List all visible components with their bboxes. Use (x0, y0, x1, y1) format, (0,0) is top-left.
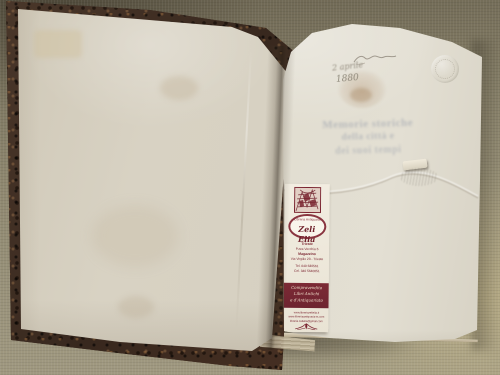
bookmark-oval-frame: Libreria Antiquaria Zeli Elia (288, 214, 326, 239)
ornament-icon (294, 323, 318, 331)
engraving-illustration-icon (293, 187, 320, 213)
label-removal-patch (34, 30, 82, 58)
bookmark-shop-type: Libreria Antiquaria (289, 218, 324, 222)
embossed-stamp (431, 55, 459, 83)
foxing-stain (92, 205, 178, 267)
bookmark-contacts: Trieste P.zza Vecchia 6 Magazzino Via Vi… (284, 242, 329, 274)
inscription-year: 1880 (336, 73, 360, 85)
bookmark-footer: www.libreriazelielia.it www.libreriaanti… (283, 311, 328, 324)
bookmark-contact-line: Via Virgilio 23 - Trieste (284, 257, 329, 262)
bookmark-card: Libreria Antiquaria Zeli Elia Trieste P.… (283, 184, 330, 332)
bookmark-banner: Compravendita Libri Antichi e d'Antiquar… (283, 283, 328, 308)
ink-stain (350, 88, 372, 102)
photo-open-antique-book: 2 aprile 1880 Memorie storiche della cit… (0, 0, 500, 375)
foxing-stain (160, 76, 198, 100)
paper-tear (400, 157, 442, 187)
foxing-stain (118, 296, 154, 318)
bookmark-banner-line: e d'Antiquariato (284, 297, 329, 304)
abrasion (400, 168, 438, 186)
bookmark-contact-line: Cel. 340 5640051 (284, 269, 329, 274)
bleedthrough-text: Memorie storiche della città e dei suoi … (290, 115, 447, 159)
paper-crease (235, 50, 252, 330)
